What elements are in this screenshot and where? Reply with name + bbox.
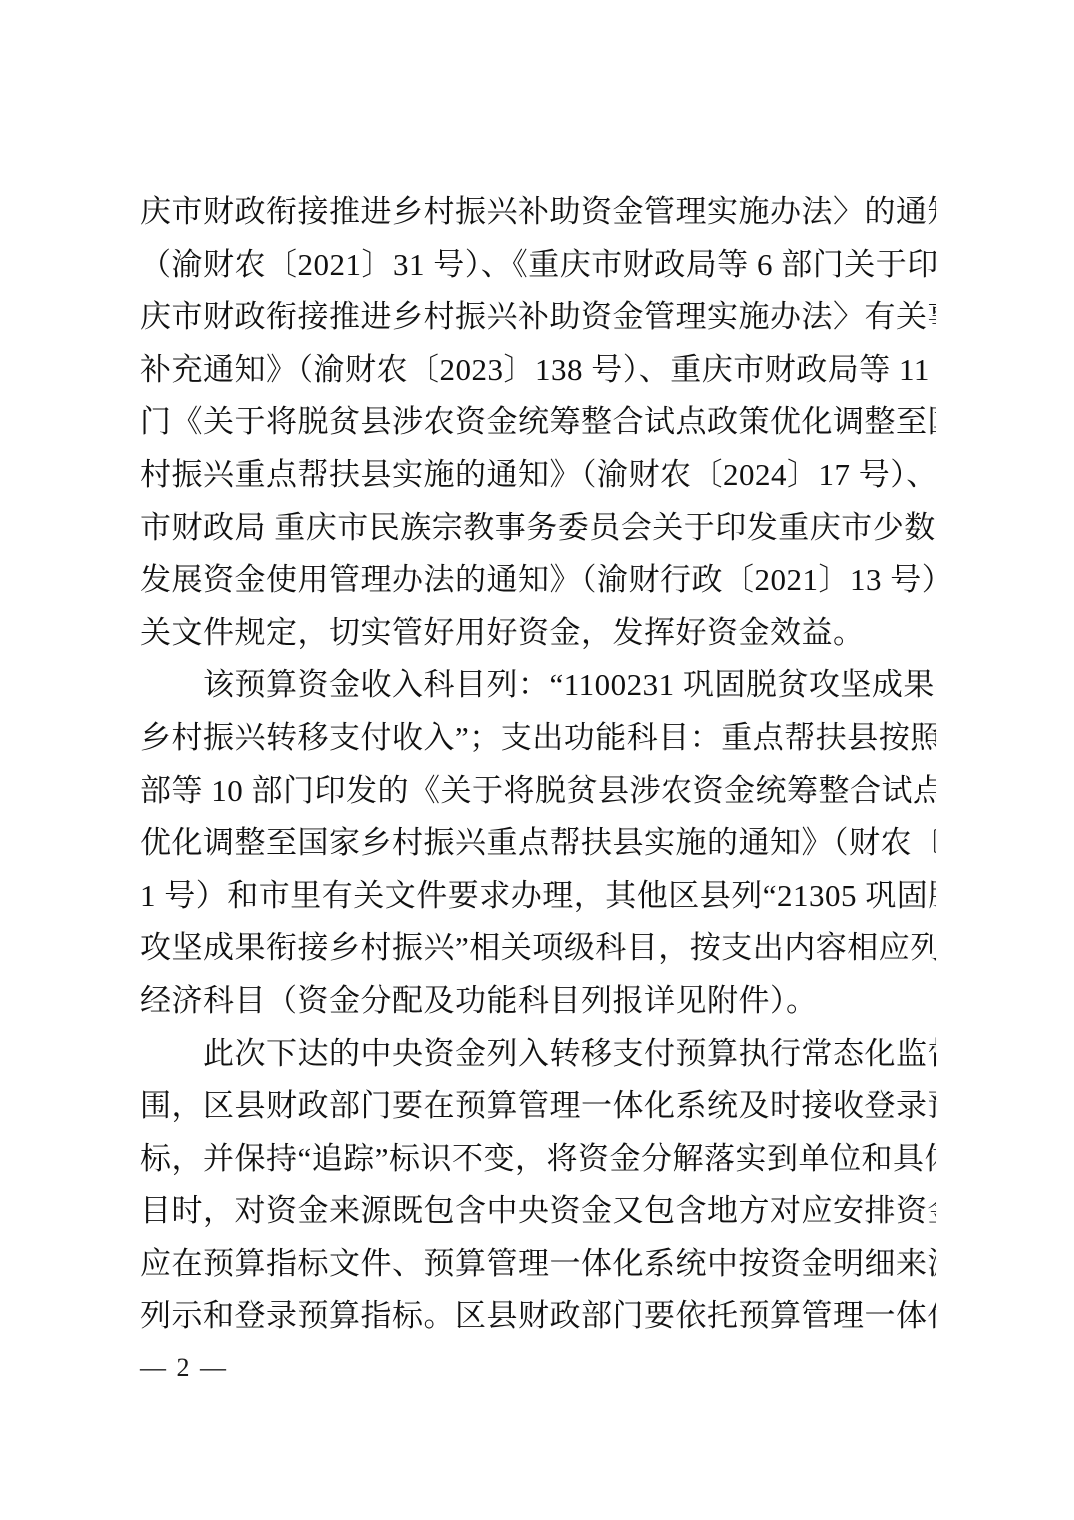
text-line: 庆市财政衔接推进乡村振兴补助资金管理实施办法〉有关事项的	[140, 291, 936, 344]
text-line: 经济科目（资金分配及功能科目列报详见附件）。	[140, 975, 936, 1028]
text-line: 标，并保持“追踪”标识不变，将资金分解落实到单位和具体项	[140, 1133, 936, 1186]
text-line: 关文件规定，切实管好用好资金，发挥好资金效益。	[140, 607, 936, 660]
text-line: 庆市财政衔接推进乡村振兴补助资金管理实施办法〉的通知》	[140, 186, 936, 239]
text-line: 目时，对资金来源既包含中央资金又包含地方对应安排资金的，	[140, 1185, 936, 1238]
page-number: — 2 —	[140, 1348, 228, 1388]
text-line: 1 号）和市里有关文件要求办理，其他区县列“21305 巩固脱贫	[140, 870, 936, 923]
document-page: 庆市财政衔接推进乡村振兴补助资金管理实施办法〉的通知》（渝财农〔2021〕31 …	[0, 0, 1074, 1520]
text-line: 市财政局 重庆市民族宗教事务委员会关于印发重庆市少数民族	[140, 502, 936, 555]
text-line: 补充通知》（渝财农〔2023〕138 号）、重庆市财政局等 11 个部	[140, 344, 936, 397]
text-line: （渝财农〔2021〕31 号）、《重庆市财政局等 6 部门关于印发〈重	[140, 239, 936, 292]
text-line: 应在预算指标文件、预算管理一体化系统中按资金明细来源分别	[140, 1238, 936, 1291]
text-line: 部等 10 部门印发的《关于将脱贫县涉农资金统筹整合试点政策	[140, 765, 936, 818]
text-line: 列示和登录预算指标。区县财政部门要依托预算管理一体化系统	[140, 1290, 936, 1343]
text-line: 围，区县财政部门要在预算管理一体化系统及时接收登录预算指	[140, 1080, 936, 1133]
text-line: 此次下达的中央资金列入转移支付预算执行常态化监督范	[140, 1028, 936, 1081]
text-line: 乡村振兴转移支付收入”；支出功能科目：重点帮扶县按照财政	[140, 712, 936, 765]
text-line: 该预算资金收入科目列：“1100231 巩固脱贫攻坚成果衔接	[140, 659, 936, 712]
text-line: 攻坚成果衔接乡村振兴”相关项级科目，按支出内容相应列支出	[140, 922, 936, 975]
text-line: 门《关于将脱贫县涉农资金统筹整合试点政策优化调整至国家乡	[140, 396, 936, 449]
text-block: 庆市财政衔接推进乡村振兴补助资金管理实施办法〉的通知》（渝财农〔2021〕31 …	[140, 186, 936, 1343]
text-line: 村振兴重点帮扶县实施的通知》（渝财农〔2024〕17 号）、《重庆	[140, 449, 936, 502]
text-line: 优化调整至国家乡村振兴重点帮扶县实施的通知》（财农〔2024〕	[140, 817, 936, 870]
text-line: 发展资金使用管理办法的通知》（渝财行政〔2021〕13 号）等有	[140, 554, 936, 607]
